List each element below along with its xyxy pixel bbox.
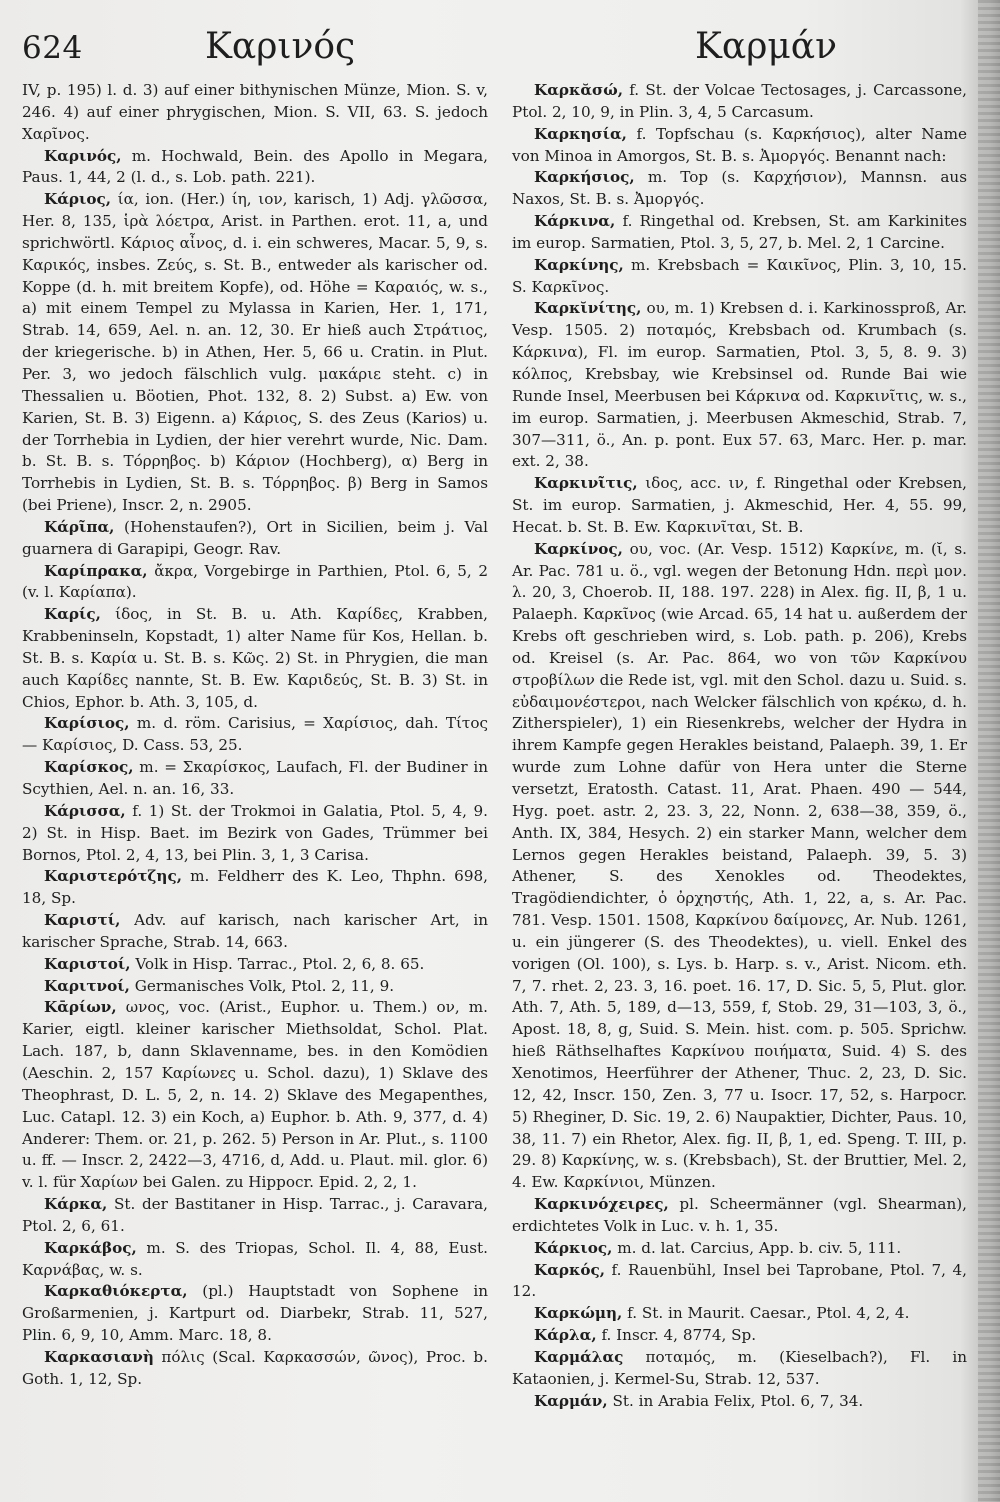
dictionary-entry: Καριστί, Adv. auf karisch, nach karische…: [22, 910, 488, 954]
text-columns: IV, p. 195) l. d. 3) auf einer bithynisc…: [22, 80, 967, 1412]
dictionary-entry: Καρκασιανὴ πόλις (Scal. Καρκασσών, ῶνος)…: [22, 1347, 488, 1391]
entry-lemma: Καρκάβος,: [44, 1239, 137, 1257]
left-column: IV, p. 195) l. d. 3) auf einer bithynisc…: [22, 80, 488, 1412]
entry-text: f. St. in Maurit. Caesar., Ptol. 4, 2, 4…: [622, 1304, 909, 1322]
entry-lemma: Κάρῖπα,: [44, 518, 114, 536]
dictionary-entry: Καρκήσιος, m. Top (s. Καρχήσιον), Mannsn…: [512, 167, 967, 211]
entry-text: ία, ion. (Her.) ίη, ιον, karisch, 1) Adj…: [22, 190, 488, 514]
entry-text: St. in Arabia Felix, Ptol. 6, 7, 34.: [608, 1392, 864, 1410]
entry-lemma: Καριστοί,: [44, 955, 131, 973]
entry-lemma: Καρκινόχειρες,: [534, 1195, 669, 1213]
entry-lemma: Κάριος,: [44, 190, 111, 208]
right-column: Καρκᾰσώ, f. St. der Volcae Tectosages, j…: [512, 80, 967, 1412]
entry-lemma: Κάρκινα,: [534, 212, 615, 230]
entry-text: ωνος, voc. (Arist., Euphor. u. Them.) ον…: [22, 998, 488, 1191]
entry-lemma: Καρμάλας: [534, 1348, 623, 1366]
dictionary-entry: Καρκώμη, f. St. in Maurit. Caesar., Ptol…: [512, 1303, 967, 1325]
running-head: 624 Καρινός Καρμάν: [22, 20, 960, 70]
dictionary-entry: Καριστερότζης, m. Feldherr des K. Leo, T…: [22, 866, 488, 910]
dictionary-entry: Κάρῖπα, (Hohenstaufen?), Ort in Sicilien…: [22, 517, 488, 561]
dictionary-entry: Καρκινόχειρες, pl. Scheermänner (vgl. Sh…: [512, 1194, 967, 1238]
dictionary-entry: Κάρκιος, m. d. lat. Carcius, App. b. civ…: [512, 1238, 967, 1260]
entry-text: Volk in Hisp. Tarrac., Ptol. 2, 6, 8. 65…: [131, 955, 425, 973]
entry-text: Germanisches Volk, Ptol. 2, 11, 9.: [130, 977, 394, 995]
entry-lemma: Καρκινῖτις,: [534, 474, 638, 492]
dictionary-entry: Καρινός, m. Hochwald, Bein. des Apollo i…: [22, 146, 488, 190]
entry-lemma: Καρινός,: [44, 147, 122, 165]
dictionary-entry: Καρκησία, f. Topfschau (s. Καρκήσιος), a…: [512, 124, 967, 168]
entry-lemma: Κάρκιος,: [534, 1239, 612, 1257]
dictionary-entry: Καρίσκος, m. = Σκαρίσκος, Laufach, Fl. d…: [22, 757, 488, 801]
entry-lemma: Καρκασιανὴ: [44, 1348, 154, 1366]
dictionary-entry: Καρκινῖτις, ιδος, acc. ιν, f. Ringethal …: [512, 473, 967, 539]
entry-lemma: Κᾱρίων,: [44, 998, 117, 1016]
dictionary-entry: Κάρκινα, f. Ringethal od. Krebsen, St. a…: [512, 211, 967, 255]
entry-text: ου, m. 1) Krebsen d. i. Karkinossproß, A…: [512, 299, 967, 470]
dictionary-entry: Κᾱρίων, ωνος, voc. (Arist., Euphor. u. T…: [22, 997, 488, 1194]
dictionary-entry: Καρίσιος, m. d. röm. Carisius, = Χαρίσιο…: [22, 713, 488, 757]
entry-lemma: Καρίσιος,: [44, 714, 130, 732]
dictionary-entry: Καρκίνης, m. Krebsbach = Καικῖνος, Plin.…: [512, 255, 967, 299]
page-number: 624: [22, 30, 83, 66]
entry-lemma: Καριστί,: [44, 911, 120, 929]
entry-lemma: Καρίπρακα,: [44, 562, 148, 580]
dictionary-entry: Κάρκα, St. der Bastitaner in Hisp. Tarra…: [22, 1194, 488, 1238]
dictionary-entry: Κάρλα, f. Inscr. 4, 8774, Sp.: [512, 1325, 967, 1347]
left-guide-word: Καρινός: [205, 26, 355, 67]
dictionary-entry: Καρκᾰσώ, f. St. der Volcae Tectosages, j…: [512, 80, 967, 124]
dictionary-entry: Κάριος, ία, ion. (Her.) ίη, ιον, karisch…: [22, 189, 488, 517]
entry-lemma: Καρκησία,: [534, 125, 627, 143]
dictionary-entry: Καρκάβος, m. S. des Triopas, Schol. Il. …: [22, 1238, 488, 1282]
dictionary-entry: Καρκαθιόκερτα, (pl.) Hauptstadt von Soph…: [22, 1281, 488, 1347]
dictionary-entry: Καριστοί, Volk in Hisp. Tarrac., Ptol. 2…: [22, 954, 488, 976]
entry-lemma: Καρκῐνίτης,: [534, 299, 641, 317]
dictionary-entry: Καρκῐνίτης, ου, m. 1) Krebsen d. i. Kark…: [512, 298, 967, 473]
entry-text: ου, voc. (Ar. Vesp. 1512) Καρκίνε, m. (ῐ…: [512, 540, 967, 1191]
dictionary-entry: IV, p. 195) l. d. 3) auf einer bithynisc…: [22, 80, 488, 146]
entry-lemma: Κάρκα,: [44, 1195, 107, 1213]
dictionary-entry: Καρκός, f. Rauenbühl, Insel bei Taproban…: [512, 1260, 967, 1304]
entry-lemma: Καρκίνος,: [534, 540, 623, 558]
entry-lemma: Καρκώμη,: [534, 1304, 622, 1322]
entry-lemma: Καρίσκος,: [44, 758, 134, 776]
entry-text: IV, p. 195) l. d. 3) auf einer bithynisc…: [22, 81, 488, 143]
entry-lemma: Καριστερότζης,: [44, 867, 182, 885]
entry-lemma: Καρκός,: [534, 1261, 605, 1279]
dictionary-entry: Καριτνοί, Germanisches Volk, Ptol. 2, 11…: [22, 976, 488, 998]
dictionary-entry: Κάρισσα, f. 1) St. der Trokmoi in Galati…: [22, 801, 488, 867]
entry-lemma: Καρκίνης,: [534, 256, 624, 274]
entry-text: m. d. lat. Carcius, App. b. civ. 5, 111.: [612, 1239, 901, 1257]
entry-lemma: Καρκᾰσώ,: [534, 81, 623, 99]
dictionary-entry: Καρίπρακα, ἄκρα, Vorgebirge in Parthien,…: [22, 561, 488, 605]
dictionary-entry: Καρμάν, St. in Arabia Felix, Ptol. 6, 7,…: [512, 1391, 967, 1413]
dictionary-entry: Καρμάλας ποταμός, m. (Kieselbach?), Fl. …: [512, 1347, 967, 1391]
dictionary-entry: Καρκίνος, ου, voc. (Ar. Vesp. 1512) Καρκ…: [512, 539, 967, 1194]
entry-lemma: Κάρλα,: [534, 1326, 597, 1344]
entry-lemma: Καρμάν,: [534, 1392, 608, 1410]
dictionary-entry: Καρίς, ίδος, in St. B. u. Ath. Καρίδες, …: [22, 604, 488, 713]
dictionary-page: 624 Καρινός Καρμάν IV, p. 195) l. d. 3) …: [0, 0, 1000, 1502]
entry-lemma: Καρίς,: [44, 605, 101, 623]
entry-lemma: Καρκαθιόκερτα,: [44, 1282, 188, 1300]
entry-text: f. Inscr. 4, 8774, Sp.: [597, 1326, 756, 1344]
right-guide-word: Καρμάν: [695, 26, 837, 67]
entry-lemma: Κάρισσα,: [44, 802, 126, 820]
entry-lemma: Καρκήσιος,: [534, 168, 635, 186]
entry-lemma: Καριτνοί,: [44, 977, 130, 995]
